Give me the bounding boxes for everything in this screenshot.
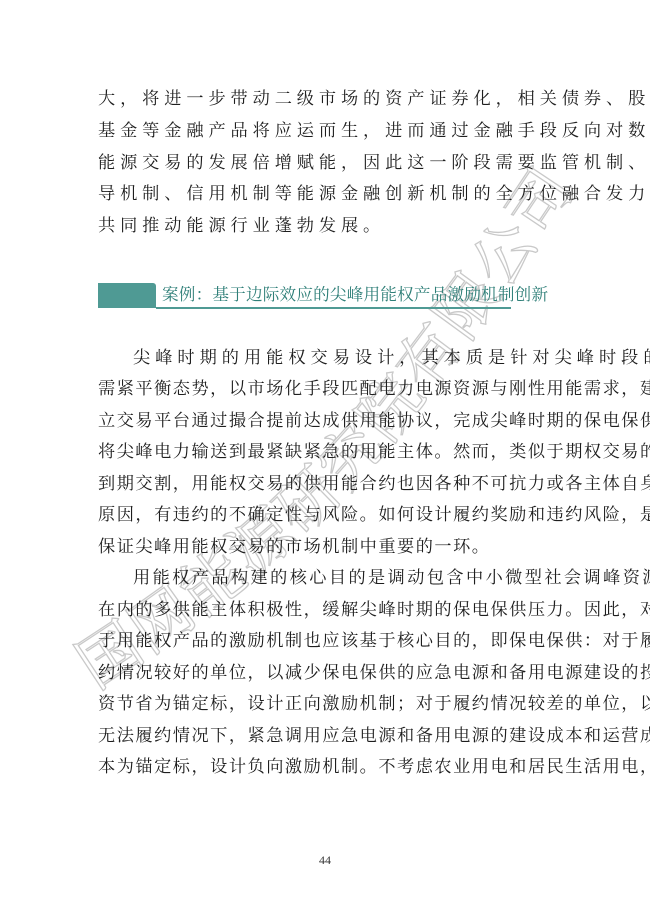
case-heading-title: 案例：基于边际效应的尖峰用能权产品激励机制创新 [162,284,548,306]
case-heading-accent-block [98,283,156,308]
text-line: 到期交割，用能权交易的供用能合约也因各种不可抗力或各主体自身 [98,474,650,494]
text-line: 无法履约情况下，紧急调用应急电源和备用电源的建设成本和运营成 [98,726,650,746]
case-heading-underline [156,307,511,309]
text-line: 于用能权产品的激励机制也应该基于核心目的，即保电保供：对于履 [98,631,650,651]
text-line: 能源交易的发展倍增赋能，因此这一阶段需要监管机制、引 [98,153,650,173]
text-line: 本为锚定标，设计负向激励机制。不考虑农业用电和居民生活用电， [98,757,650,777]
text-line: 将尖峰电力输送到最紧缺紧急的用能主体。然而，类似于期权交易的 [98,442,650,462]
text-line: 约情况较好的单位，以减少保电保供的应急电源和备用电源建设的投 [98,663,650,683]
text-line: 用能权产品构建的核心目的是调动包含中小微型社会调峰资源 [133,568,650,588]
case-heading: 案例：基于边际效应的尖峰用能权产品激励机制创新 [98,283,511,309]
text-line: 原因，有违约的不确定性与风险。如何设计履约奖励和违约风险，是 [98,505,650,525]
text-line: 尖峰时期的用能权交易设计，其本质是针对尖峰时段的电力供 [133,348,650,368]
text-line: 立交易平台通过撮合提前达成供用能协议，完成尖峰时期的保电保供， [98,411,650,431]
text-line: 需紧平衡态势，以市场化手段匹配电力电源资源与刚性用能需求，建 [98,379,650,399]
page-number: 44 [0,853,650,868]
text-line: 在内的多供能主体积极性，缓解尖峰时期的保电保供压力。因此，对 [98,600,650,620]
text-line: 资节省为锚定标，设计正向激励机制；对于履约情况较差的单位，以 [98,694,650,714]
text-line: 大，将进一步带动二级市场的资产证券化，相关债券、股票、 [98,89,650,109]
text-line: 保证尖峰用能权交易的市场机制中重要的一环。 [98,537,490,557]
document-page: 国网能源研究院有限公司 大，将进一步带动二级市场的资产证券化，相关债券、股票、 … [0,0,650,919]
text-line: 基金等金融产品将应运而生，进而通过金融手段反向对数字 [98,121,650,141]
text-line: 共同推动能源行业蓬勃发展。 [98,216,385,236]
text-line: 导机制、信用机制等能源金融创新机制的全方位融合发力， [98,184,650,204]
